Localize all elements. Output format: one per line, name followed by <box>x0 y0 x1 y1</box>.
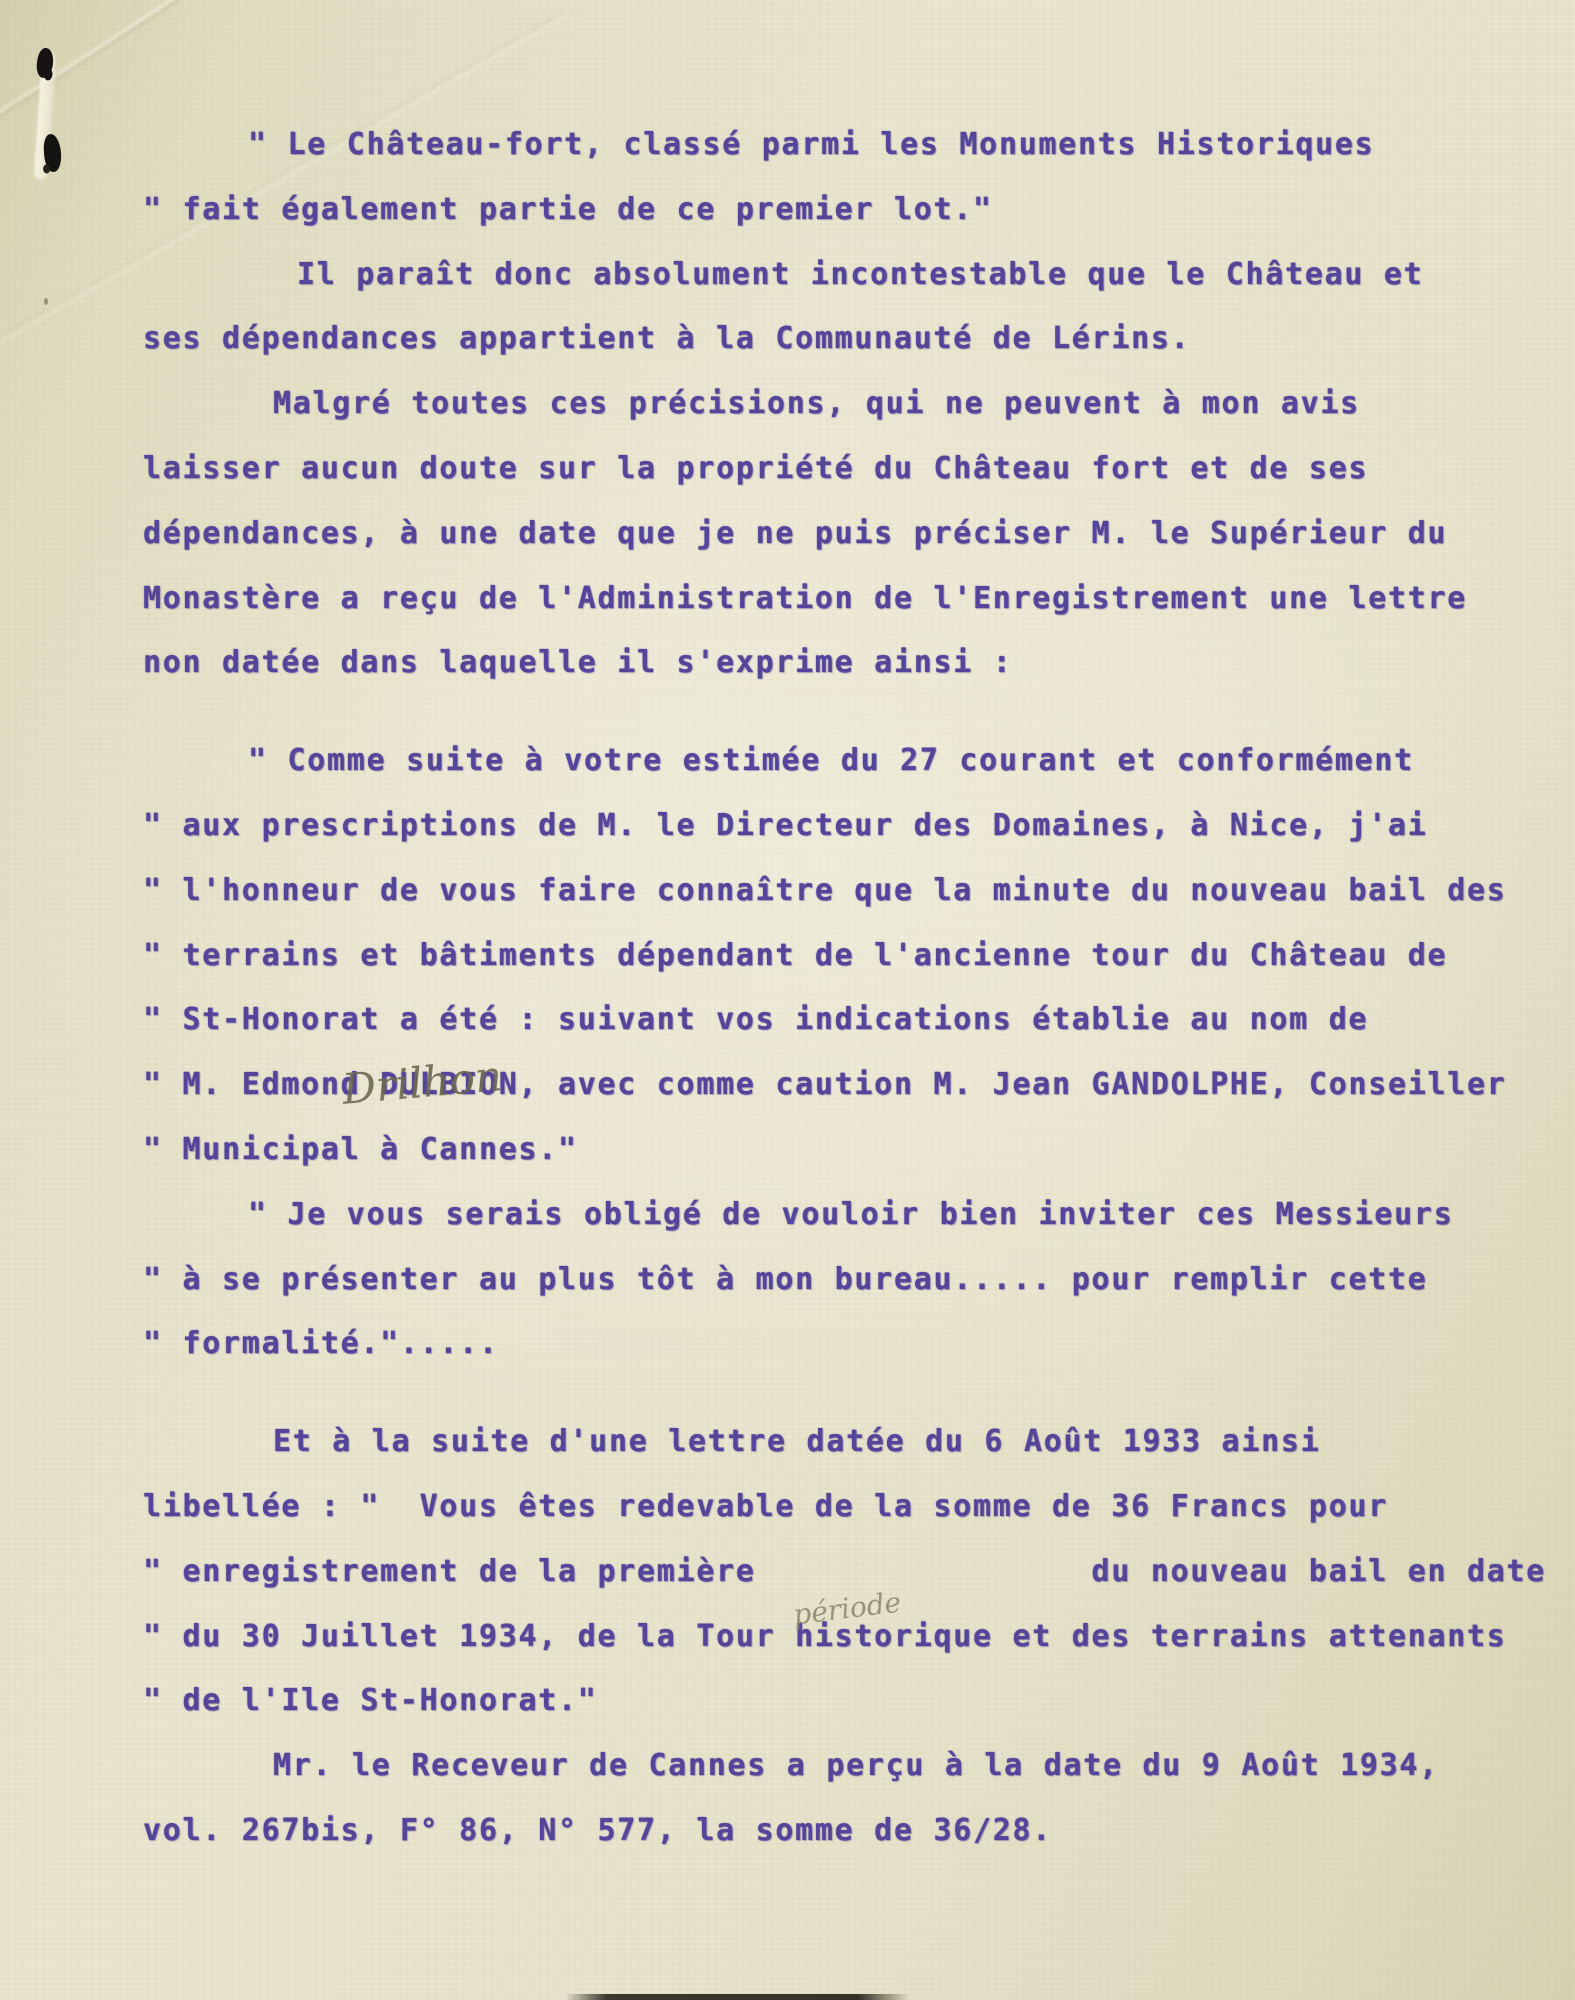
text-line: " fait également partie de ce premier lo… <box>143 178 1533 243</box>
text-line: " terrains et bâtiments dépendant de l'a… <box>143 924 1533 989</box>
text-line: " de l'Ile St-Honorat." <box>143 1669 1533 1734</box>
text-line: " formalité."..... <box>143 1312 1533 1377</box>
text-line: " St-Honorat a été : suivant vos indicat… <box>143 988 1533 1053</box>
text-line: Monastère a reçu de l'Administration de … <box>143 567 1533 632</box>
text-line: " Je vous serais obligé de vouloir bien … <box>143 1183 1533 1248</box>
text-line: Il paraît donc absolument incontestable … <box>143 243 1533 308</box>
text-line: " Municipal à Cannes." <box>143 1118 1533 1183</box>
text-line: dépendances, à une date que je ne puis p… <box>143 502 1533 567</box>
text-line: non datée dans laquelle il s'exprime ain… <box>143 631 1533 696</box>
scan-edge-artifact <box>565 1994 910 2000</box>
text-line: Malgré toutes ces précisions, qui ne peu… <box>143 372 1533 437</box>
text-line: ses dépendances appartient à la Communau… <box>143 307 1533 372</box>
text-line: libellée : " Vous êtes redevable de la s… <box>143 1475 1533 1540</box>
text-line: " aux prescriptions de M. le Directeur d… <box>143 794 1533 859</box>
text-line: Mr. le Receveur de Cannes a perçu à la d… <box>143 1734 1533 1799</box>
text-line: " l'honneur de vous faire connaître que … <box>143 859 1533 924</box>
ink-speck <box>44 298 48 305</box>
text-line: " à se présenter au plus tôt à mon burea… <box>143 1248 1533 1313</box>
staple-mark <box>43 133 63 172</box>
text-line: " Le Château-fort, classé parmi les Monu… <box>143 113 1533 178</box>
text-line: Et à la suite d'une lettre datée du 6 Ao… <box>143 1410 1533 1475</box>
text-line: " Comme suite à votre estimée du 27 cour… <box>143 729 1533 794</box>
text-line: laisser aucun doute sur la propriété du … <box>143 437 1533 502</box>
text-line: vol. 267bis, F° 86, N° 577, la somme de … <box>143 1799 1533 1864</box>
document-page: " Le Château-fort, classé parmi les Monu… <box>0 0 1575 2000</box>
